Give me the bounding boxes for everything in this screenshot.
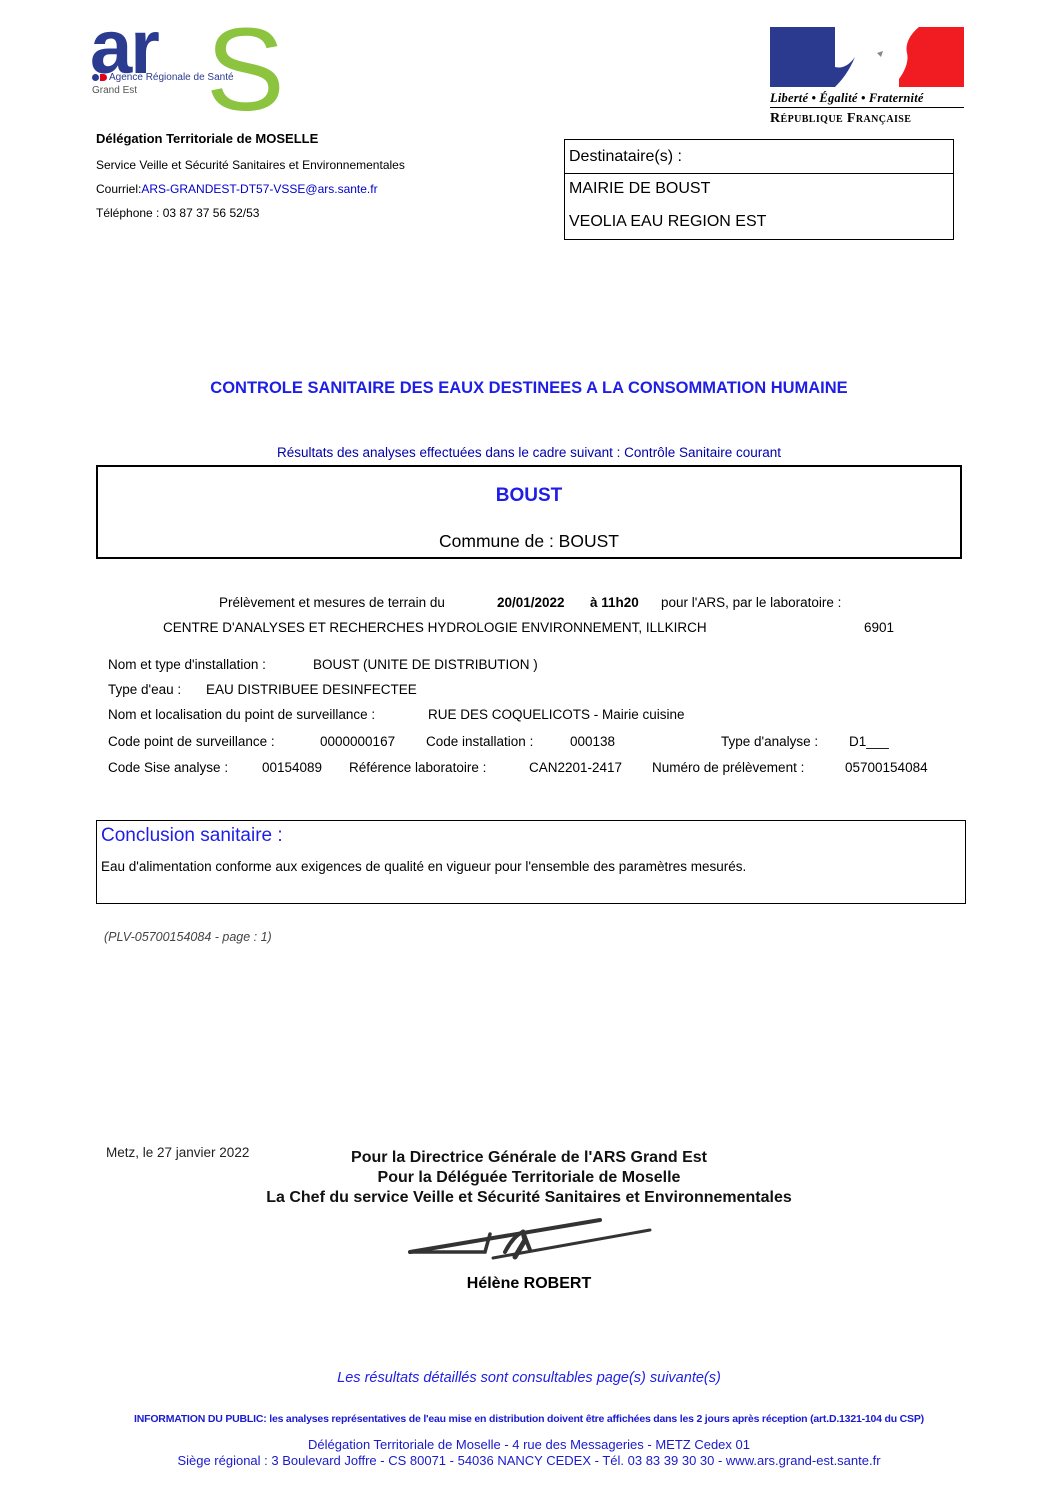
signer-name: Hélène ROBERT [0, 1275, 1058, 1293]
email-label: Courriel: [96, 182, 141, 196]
conclusion-box: Conclusion sanitaire : Eau d'alimentatio… [96, 820, 966, 904]
water-type-label: Type d'eau : [108, 682, 181, 697]
sample-number-label: Numéro de prélèvement : [652, 760, 804, 775]
logo-agency-name: Agence Régionale de Santé [109, 72, 234, 83]
installation-code-value: 000138 [570, 734, 615, 749]
sise-code-label: Code Sise analyse : [108, 760, 228, 775]
sampling-date: 20/01/2022 [497, 595, 565, 610]
sender-delegation: Délégation Territoriale de MOSELLE [96, 131, 318, 146]
unit-name: BOUST [98, 485, 960, 507]
water-type-value: EAU DISTRIBUEE DESINFECTEE [206, 682, 417, 697]
divider [770, 107, 964, 108]
public-information-notice: INFORMATION DU PUBLIC: les analyses repr… [0, 1413, 1058, 1425]
installation-label: Nom et type d'installation : [108, 657, 266, 672]
laboratory-name: CENTRE D'ANALYSES ET RECHERCHES HYDROLOG… [163, 620, 707, 635]
installation-value: BOUST (UNITE DE DISTRIBUTION ) [313, 657, 538, 672]
recipient-item: VEOLIA EAU REGION EST [565, 207, 953, 240]
laboratory-code: 6901 [864, 620, 894, 635]
installation-code-label: Code installation : [426, 734, 533, 749]
recipients-label: Destinataire(s) : [565, 140, 953, 174]
marianne-flag-icon [770, 27, 964, 87]
surveillance-point-label: Nom et localisation du point de surveill… [108, 707, 375, 722]
logo-region-name: Grand Est [92, 85, 137, 96]
commune-name: Commune de : BOUST [98, 531, 960, 552]
conclusion-text: Eau d'alimentation conforme aux exigence… [101, 859, 746, 874]
signature-line-3: La Chef du service Veille et Sécurité Sa… [0, 1189, 1058, 1207]
surveillance-point-value: RUE DES COQUELICOTS - Mairie cuisine [428, 707, 685, 722]
republic-motto: Liberté • Égalité • Fraternité [770, 91, 924, 106]
recipient-item: MAIRIE DE BOUST [565, 174, 953, 207]
footer-address-headquarters: Siège régional : 3 Boulevard Joffre - CS… [0, 1453, 1058, 1468]
logo-letter-s: S [206, 2, 285, 138]
recipients-box: Destinataire(s) : MAIRIE DE BOUST VEOLIA… [564, 139, 954, 240]
sampling-by: pour l'ARS, par le laboratoire : [661, 595, 841, 610]
analysis-context: Résultats des analyses effectuées dans l… [0, 445, 1058, 460]
sampling-intro: Prélèvement et mesures de terrain du [219, 595, 445, 610]
handwritten-signature-icon [405, 1212, 655, 1267]
point-code-label: Code point de surveillance : [108, 734, 275, 749]
unit-box: BOUST Commune de : BOUST [96, 465, 962, 559]
ars-logo: ar S Agence Régionale de Santé Grand Est [88, 18, 268, 118]
document-title: CONTROLE SANITAIRE DES EAUX DESTINEES A … [0, 379, 1058, 398]
sample-number-value: 05700154084 [845, 760, 928, 775]
analysis-type-value: D1___ [849, 734, 889, 749]
conclusion-title: Conclusion sanitaire : [101, 825, 283, 847]
sender-phone: Téléphone : 03 87 37 56 52/53 [96, 206, 259, 220]
analysis-type-label: Type d'analyse : [721, 734, 818, 749]
lab-reference-label: Référence laboratoire : [349, 760, 486, 775]
signature-line-1: Pour la Directrice Générale de l'ARS Gra… [0, 1149, 1058, 1167]
sampling-time: à 11h20 [590, 595, 639, 610]
lab-reference-value: CAN2201-2417 [529, 760, 622, 775]
signature-line-2: Pour la Déléguée Territoriale de Moselle [0, 1169, 1058, 1187]
republic-name: République Française [770, 111, 911, 127]
point-code-value: 0000000167 [320, 734, 395, 749]
logo-dots-icon [92, 74, 108, 82]
republique-francaise-logo: Liberté • Égalité • Fraternité Républiqu… [770, 27, 965, 127]
page-reference: (PLV-05700154084 - page : 1) [104, 930, 272, 944]
more-results-note: Les résultats détaillés sont consultable… [0, 1370, 1058, 1386]
email-link[interactable]: ARS-GRANDEST-DT57-VSSE@ars.sante.fr [141, 182, 377, 196]
sender-email-line: Courriel:ARS-GRANDEST-DT57-VSSE@ars.sant… [96, 182, 378, 196]
footer-address-delegation: Délégation Territoriale de Moselle - 4 r… [0, 1437, 1058, 1452]
sise-code-value: 00154089 [262, 760, 322, 775]
sender-service: Service Veille et Sécurité Sanitaires et… [96, 158, 405, 172]
